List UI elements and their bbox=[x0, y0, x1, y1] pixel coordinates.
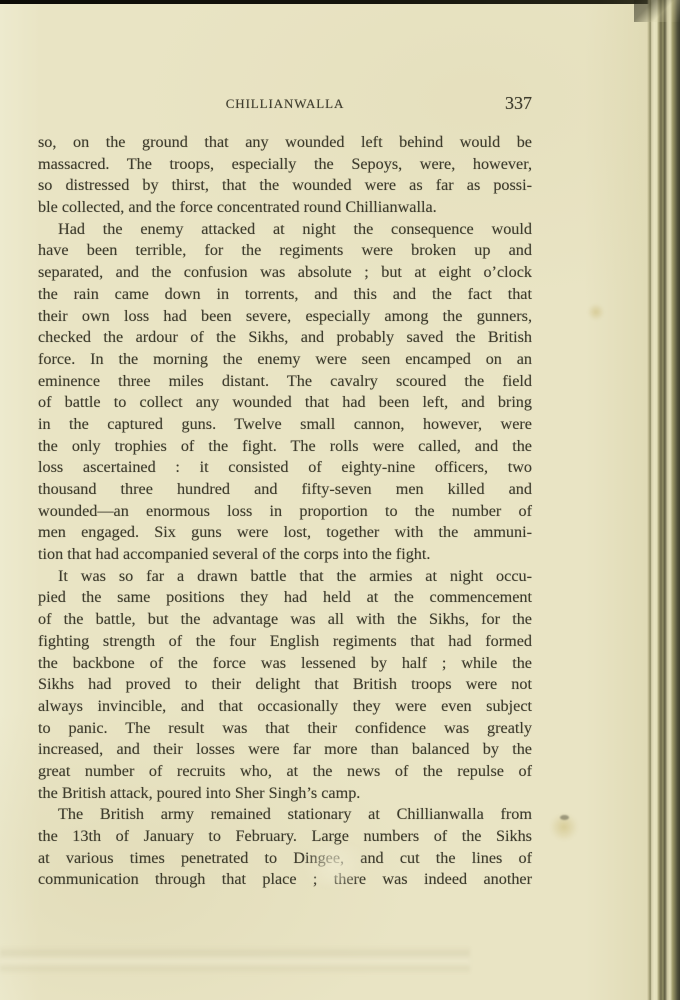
text-line: of battle to collect any wounded that ha… bbox=[38, 392, 532, 414]
text-line: the rain came down in torrents, and this… bbox=[38, 284, 532, 306]
text-line: It was so far a drawn battle that the ar… bbox=[38, 566, 532, 588]
text-line: so, on the ground that any wounded left … bbox=[38, 132, 532, 154]
text-line: thousand three hundred and fifty-seven m… bbox=[38, 479, 532, 501]
text-line: the 13th of January to February. Large n… bbox=[38, 826, 532, 848]
text-line: Sikhs had proved to their delight that B… bbox=[38, 674, 532, 696]
book-page: CHILLIANWALLA 337 so, on the ground that… bbox=[0, 0, 680, 1000]
text-line: ble collected, and the force concentrate… bbox=[38, 197, 532, 219]
text-line: communication through that place ; there… bbox=[38, 869, 532, 891]
text-line: increased, and their losses were far mor… bbox=[38, 739, 532, 761]
text-line: wounded—an enormous loss in proportion t… bbox=[38, 501, 532, 523]
text-line: force. In the morning the enemy were see… bbox=[38, 349, 532, 371]
text-line: great number of recruits who, at the new… bbox=[38, 761, 532, 783]
scan-artifact-streak bbox=[0, 946, 470, 974]
book-top-edge bbox=[0, 0, 680, 4]
text-line: to panic. The result was that their conf… bbox=[38, 718, 532, 740]
scan-artifact-light-smudge bbox=[295, 845, 375, 885]
text-line: fighting strength of the four English re… bbox=[38, 631, 532, 653]
text-line: their own loss had been severe, especial… bbox=[38, 306, 532, 328]
text-line: Had the enemy attacked at night the cons… bbox=[38, 219, 532, 241]
text-line: tion that had accompanied several of the… bbox=[38, 544, 532, 566]
text-line: the only trophies of the fight. The roll… bbox=[38, 436, 532, 458]
text-line: always invincible, and that occasionally… bbox=[38, 696, 532, 718]
text-line: pied the same positions they had held at… bbox=[38, 587, 532, 609]
text-line: massacred. The troops, especially the Se… bbox=[38, 154, 532, 176]
text-line: eminence three miles distant. The cavalr… bbox=[38, 371, 532, 393]
page-number: 337 bbox=[505, 93, 532, 114]
text-line: so distressed by thirst, that the wounde… bbox=[38, 175, 532, 197]
book-fore-edge-corner bbox=[634, 0, 680, 22]
text-line: men engaged. Six guns were lost, togethe… bbox=[38, 522, 532, 544]
text-line: of the battle, but the advantage was all… bbox=[38, 609, 532, 631]
text-line: loss ascertained : it consisted of eight… bbox=[38, 457, 532, 479]
page-text: so, on the ground that any wounded left … bbox=[38, 132, 532, 891]
text-line: the British attack, poured into Sher Sin… bbox=[38, 783, 532, 805]
text-line: at various times penetrated to Dingee, a… bbox=[38, 848, 532, 870]
book-fore-edge-pages bbox=[647, 0, 680, 1000]
text-line: in the captured guns. Twelve small canno… bbox=[38, 414, 532, 436]
running-head: CHILLIANWALLA 337 bbox=[38, 93, 532, 117]
text-line: have been terrible, for the regiments we… bbox=[38, 240, 532, 262]
text-line: the backbone of the force was lessened b… bbox=[38, 653, 532, 675]
running-title: CHILLIANWALLA bbox=[226, 96, 345, 112]
scan-artifact-spot bbox=[588, 303, 604, 321]
text-line: The British army remained stationary at … bbox=[38, 804, 532, 826]
scan-artifact-dot bbox=[560, 815, 569, 820]
text-line: checked the ardour of the Sikhs, and pro… bbox=[38, 327, 532, 349]
text-line: separated, and the confusion was absolut… bbox=[38, 262, 532, 284]
